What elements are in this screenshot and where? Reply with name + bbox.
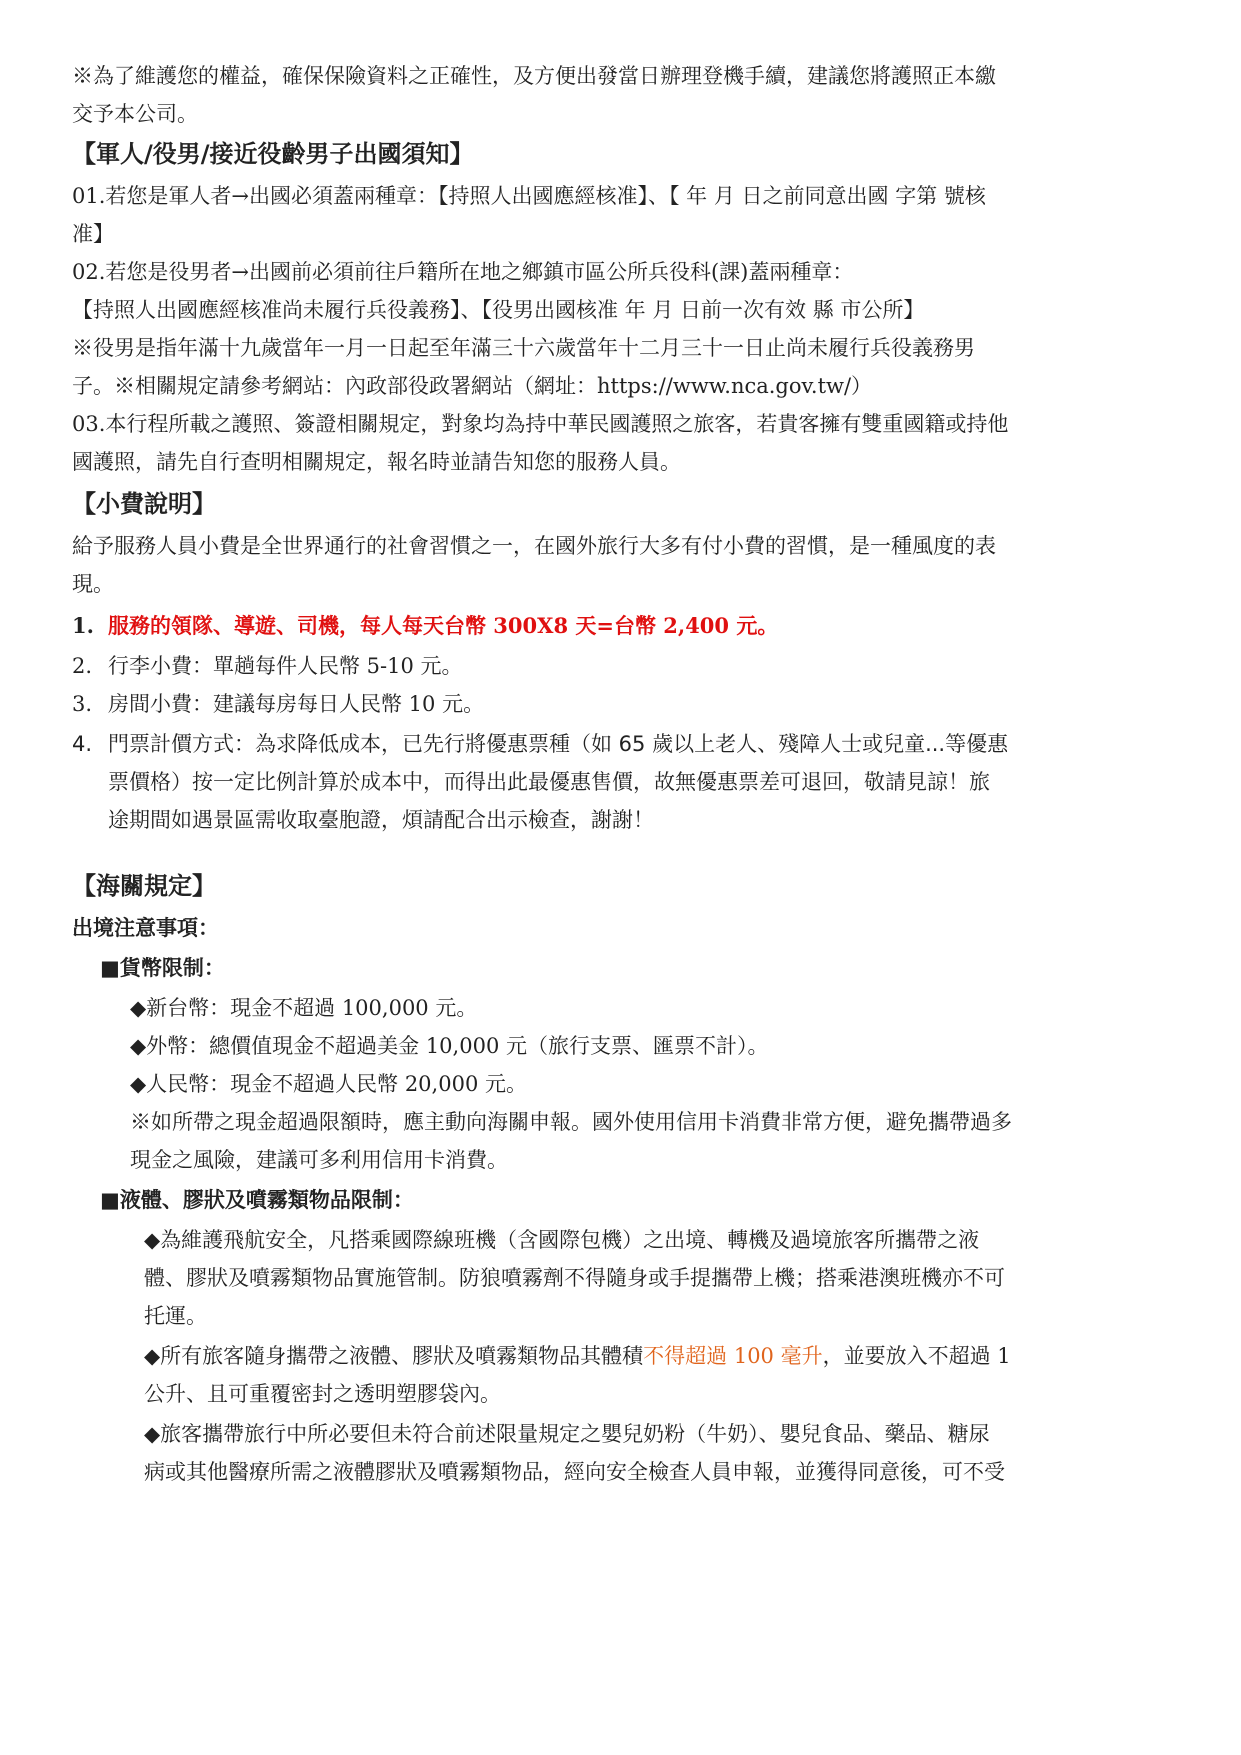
military-item-02-line-1: 02.若您是役男者→出國前必須前往戶籍所在地之鄉鎮市區公所兵役科(課)蓋兩種章： <box>72 258 853 286</box>
military-item-01-line-2: 准】 <box>72 220 114 248</box>
customs-section-heading: 【海關規定】 <box>72 872 216 900</box>
liquids-p2-text-cont: ，並要放入不超過 1 <box>823 1344 1011 1368</box>
military-item-03-line-1: 03.本行程所載之護照、簽證相關規定，對象均為持中華民國護照之旅客，若貴客擁有雙… <box>72 410 1008 438</box>
tips-item-text: 門票計價方式：為求降低成本，已先行將優惠票種（如 65 歲以上老人、殘障人士或兒… <box>108 732 1008 756</box>
military-item-02-line-2: 【持照人出國應經核准尚未履行兵役義務】、【役男出國核准 年 月 日前一次有效 縣… <box>72 296 924 324</box>
tips-desc-line-1: 給予服務人員小費是全世界通行的社會習慣之一，在國外旅行大多有付小費的習慣，是一種… <box>72 532 996 560</box>
tips-item-1: 1.服務的領隊、導遊、司機，每人每天台幣 300X8 天=台幣 2,400 元。 <box>72 612 778 640</box>
military-note-line-2: 子。※相關規定請參考網站：內政部役政署網站（網址：https://www.nca… <box>72 372 872 400</box>
tips-section-heading: 【小費說明】 <box>72 490 216 518</box>
currency-item-rmb: ◆人民幣：現金不超過人民幣 20,000 元。 <box>130 1070 527 1098</box>
liquids-p3-line-1: ◆旅客攜帶旅行中所必要但未符合前述限量規定之嬰兒奶粉（牛奶）、嬰兒食品、藥品、糖… <box>144 1420 990 1448</box>
currency-note-line-1: ※如所帶之現金超過限額時，應主動向海關申報。國外使用信用卡消費非常方便，避免攜帶… <box>130 1108 1012 1136</box>
tips-item-3: 3.房間小費：建議每房每日人民幣 10 元。 <box>72 690 484 718</box>
tips-item-number: 2. <box>72 652 108 680</box>
military-item-01-line-1: 01.若您是軍人者→出國必須蓋兩種章：【持照人出國應經核准】、【 年 月 日之前… <box>72 182 986 210</box>
intro-text-line-1: ※為了維護您的權益，確保保險資料之正確性，及方便出發當日辦理登機手續，建議您將護… <box>72 62 996 90</box>
liquids-p1-line-3: 托運。 <box>144 1302 207 1330</box>
nca-website-link[interactable]: 內政部役政署網站（網址：https://www.nca.gov.tw/） <box>345 374 872 398</box>
departure-notice-title: 出境注意事項： <box>72 914 219 942</box>
tips-item-text-highlight: 服務的領隊、導遊、司機，每人每天台幣 300X8 天=台幣 2,400 元。 <box>108 613 778 638</box>
liquids-p1-line-1: ◆為維護飛航安全，凡搭乘國際線班機（含國際包機）之出境、轉機及過境旅客所攜帶之液 <box>144 1226 979 1254</box>
tips-item-text: 行李小費：單趟每件人民幣 5-10 元。 <box>108 654 463 678</box>
tips-item-2: 2.行李小費：單趟每件人民幣 5-10 元。 <box>72 652 463 680</box>
tips-item-text: 房間小費：建議每房每日人民幣 10 元。 <box>108 692 484 716</box>
liquids-volume-limit-highlight: 不得超過 100 毫升 <box>643 1344 822 1368</box>
liquids-p2-line-1: ◆所有旅客隨身攜帶之液體、膠狀及噴霧類物品其體積不得超過 100 毫升，並要放入… <box>144 1342 1011 1370</box>
tips-item-4-line-2: 票價格）按一定比例計算於成本中，而得出此最優惠售價，故無優惠票差可退回，敬請見諒… <box>108 768 990 796</box>
liquids-p1-line-2: 體、膠狀及噴霧類物品實施管制。防狼噴霧劑不得隨身或手提攜帶上機；搭乘港澳班機亦不… <box>144 1264 1005 1292</box>
military-note-prefix: 子。※相關規定請參考網站： <box>72 374 345 398</box>
tips-item-4-line-3: 途期間如遇景區需收取臺胞證，煩請配合出示檢查，謝謝！ <box>108 806 654 834</box>
currency-limit-title: ■貨幣限制： <box>100 954 225 982</box>
military-item-03-line-2: 國護照，請先自行查明相關規定，報名時並請告知您的服務人員。 <box>72 448 681 476</box>
currency-note-line-2: 現金之風險，建議可多利用信用卡消費。 <box>130 1146 508 1174</box>
currency-item-foreign: ◆外幣：總價值現金不超過美金 10,000 元（旅行支票、匯票不計）。 <box>130 1032 768 1060</box>
liquids-limit-title: ■液體、膠狀及噴霧類物品限制： <box>100 1186 414 1214</box>
tips-item-number: 1. <box>72 612 108 640</box>
tips-item-number: 4. <box>72 730 108 758</box>
military-section-heading: 【軍人/役男/接近役齡男子出國須知】 <box>72 140 474 168</box>
tips-desc-line-2: 現。 <box>72 570 114 598</box>
intro-text-line-2: 交予本公司。 <box>72 100 198 128</box>
tips-item-number: 3. <box>72 690 108 718</box>
liquids-p2-line-2: 公升、且可重覆密封之透明塑膠袋內。 <box>144 1380 501 1408</box>
liquids-p3-line-2: 病或其他醫療所需之液體膠狀及噴霧類物品，經向安全檢查人員申報，並獲得同意後，可不… <box>144 1458 1005 1486</box>
military-note-line-1: ※役男是指年滿十九歲當年一月一日起至年滿三十六歲當年十二月三十一日止尚未履行兵役… <box>72 334 975 362</box>
tips-item-4-line-1: 4.門票計價方式：為求降低成本，已先行將優惠票種（如 65 歲以上老人、殘障人士… <box>72 730 1008 758</box>
currency-item-ntd: ◆新台幣：現金不超過 100,000 元。 <box>130 994 477 1022</box>
liquids-p2-text: ◆所有旅客隨身攜帶之液體、膠狀及噴霧類物品其體積 <box>144 1344 643 1368</box>
